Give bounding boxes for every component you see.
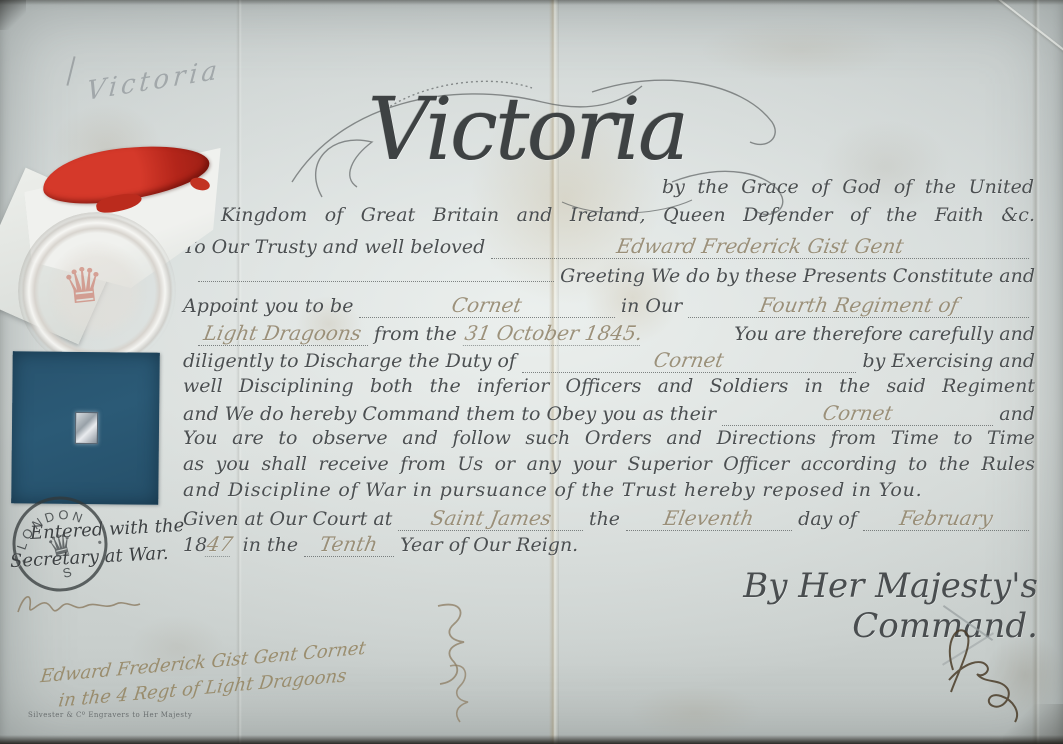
stain <box>820 120 950 215</box>
day-blank: Eleventh <box>626 506 792 531</box>
in-the-label: in the <box>243 534 298 556</box>
body-line-pursuance: and Discipline of War in pursuance of th… <box>183 479 943 501</box>
body-line-from: Light Dragoons from the 31 October 1845.… <box>192 321 1035 346</box>
day-of-label: day of <box>798 508 857 530</box>
handwritten-name: Edward Frederick Gist Gent <box>615 234 906 258</box>
handwritten-rank-3: Cornet <box>821 401 895 425</box>
stain <box>630 685 760 740</box>
pencil-stroke <box>66 56 75 86</box>
body-line-disciplining: well Disciplining both the inferior Offi… <box>183 375 1035 397</box>
and-label: and <box>999 403 1035 425</box>
page-corner-shadow <box>0 0 26 30</box>
body-line-given: Given at Our Court at Saint James the El… <box>183 506 1035 531</box>
greeting-label: Greeting We do by these Presents Constit… <box>560 265 1035 287</box>
empty-blank <box>198 281 554 282</box>
crease-top-right <box>977 0 1063 76</box>
handwritten-regiment-1: Fourth Regiment of <box>757 293 959 317</box>
month-blank: February <box>863 506 1029 531</box>
handwritten-place: Saint James <box>428 506 553 530</box>
rank-blank-2: Cornet <box>522 348 857 373</box>
handwritten-regiment-2: Light Dragoons <box>202 321 364 345</box>
body-line-kingdom: Kingdom of Great Britain and Ireland, Qu… <box>221 204 1035 226</box>
handwritten-rank-2: Cornet <box>652 348 726 372</box>
pencil-inscription: Victoria <box>85 55 222 107</box>
year-prefix: 18 <box>183 534 207 556</box>
reign-year-blank: Tenth <box>304 532 394 557</box>
name-blank: Edward Frederick Gist Gent <box>491 234 1029 259</box>
body-line-year: 18 47 in the Tenth Year of Our Reign. <box>183 532 613 557</box>
blue-duty-stamp <box>11 351 160 505</box>
handwritten-reign-year: Tenth <box>318 532 380 556</box>
handwritten-rank-1: Cornet <box>450 293 524 317</box>
body-line-grace: by the Grace of God of the United <box>662 176 1034 198</box>
handwritten-month: February <box>898 506 995 530</box>
page-edge-bottom <box>0 735 1063 744</box>
secretary-signature <box>12 582 147 627</box>
engraver-imprint: Silvester & Cº Engravers to Her Majesty <box>28 711 192 719</box>
given-label: Given at Our Court at <box>183 508 392 530</box>
rank-blank-1: Cornet <box>359 293 615 318</box>
page-edge-top <box>0 0 1063 5</box>
silver-foil-cypher <box>75 412 98 444</box>
commission-document: Victoria Victoria by the Grace of God of… <box>0 0 1063 744</box>
the-label: the <box>589 508 620 530</box>
appoint-label: Appoint you to be <box>183 295 353 317</box>
body-line-obey: and We do hereby Command them to Obey yo… <box>183 401 1035 426</box>
handwritten-date: 31 October 1845. <box>463 321 645 346</box>
body-line-appoint: Appoint you to be Cornet in Our Fourth R… <box>183 293 1035 318</box>
rank-blank-3: Cornet <box>722 401 993 426</box>
regiment-blank-2: Light Dragoons <box>198 321 368 346</box>
therefore-label: You are therefore carefully and <box>650 323 1035 345</box>
from-the-label: from the <box>374 323 457 345</box>
command-label: and We do hereby Command them to Obey yo… <box>183 403 716 425</box>
royal-crest-icon: ♛ <box>59 256 108 316</box>
handwritten-year: 47 <box>205 532 235 557</box>
discharge-label: diligently to Discharge the Duty of <box>183 350 516 372</box>
body-line-greeting: Greeting We do by these Presents Constit… <box>192 265 1035 287</box>
heading-block: Victoria <box>322 72 732 222</box>
document-title: Victoria <box>322 80 732 180</box>
body-line-trusty: To Our Trusty and well beloved Edward Fr… <box>183 234 1035 259</box>
body-line-observe: You are to observe and follow such Order… <box>183 427 1035 449</box>
in-our-label: in Our <box>621 295 682 317</box>
body-line-discharge: diligently to Discharge the Duty of Corn… <box>183 348 1035 373</box>
handwritten-day: Eleventh <box>662 506 756 530</box>
regiment-blank-1: Fourth Regiment of <box>688 293 1029 318</box>
body-line-receive: as you shall receive from Us or any your… <box>183 453 1035 475</box>
exercising-label: by Exercising and <box>862 350 1035 372</box>
brace-flourish <box>420 596 490 726</box>
place-blank: Saint James <box>398 506 583 531</box>
reign-label: Year of Our Reign. <box>400 534 578 556</box>
trusty-label: To Our Trusty and well beloved <box>183 236 485 258</box>
page-corner-shadow <box>1003 704 1063 744</box>
